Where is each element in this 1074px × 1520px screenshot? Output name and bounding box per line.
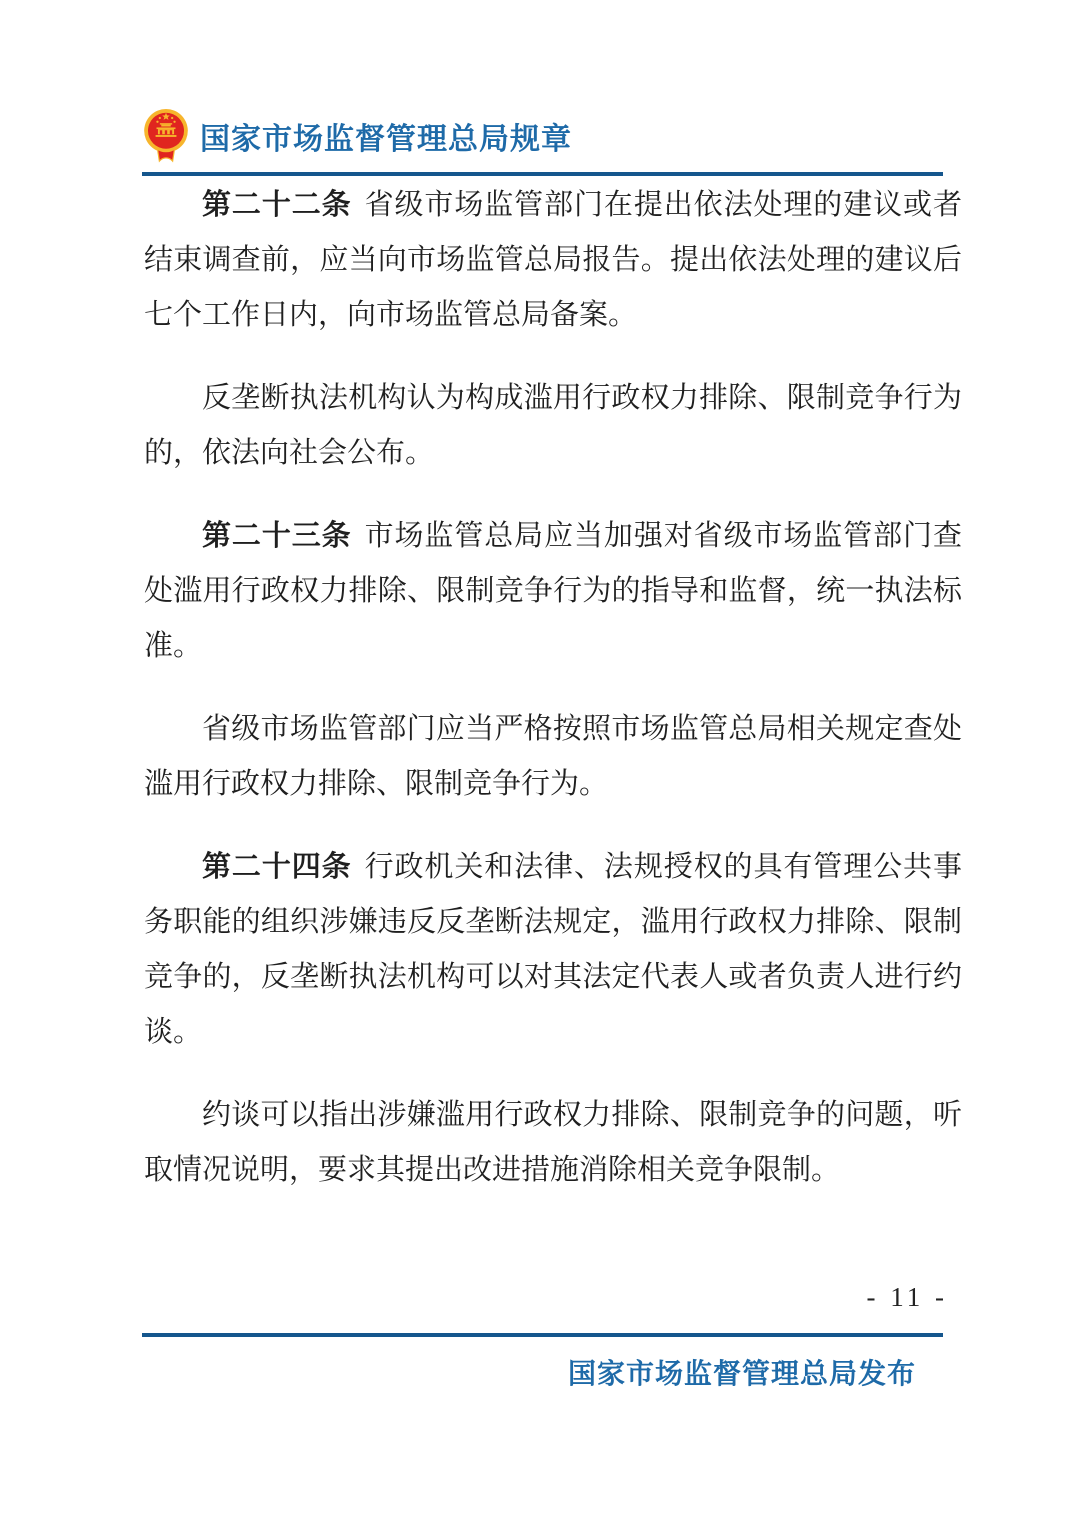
footer-rule	[142, 1333, 943, 1337]
page-header: 国家市场监督管理总局规章	[142, 108, 572, 163]
document-paragraph: 第二十四条行政机关和法律、法规授权的具有管理公共事务职能的组织涉嫌违反反垄断法规…	[144, 840, 962, 1060]
header-title: 国家市场监督管理总局规章	[200, 114, 572, 158]
document-body: 第二十二条省级市场监管部门在提出依法处理的建议或者结束调查前，应当向市场监管总局…	[144, 178, 962, 1226]
document-paragraph: 第二十三条市场监管总局应当加强对省级市场监管部门查处滥用行政权力排除、限制竞争行…	[144, 509, 962, 674]
page-number: - 11 -	[867, 1282, 948, 1313]
document-paragraph: 反垄断执法机构认为构成滥用行政权力排除、限制竞争行为的，依法向社会公布。	[144, 371, 962, 481]
paragraph-text: 省级市场监管部门应当严格按照市场监管总局相关规定查处滥用行政权力排除、限制竞争行…	[144, 713, 962, 800]
document-paragraph: 约谈可以指出涉嫌滥用行政权力排除、限制竞争的问题，听取情况说明，要求其提出改进措…	[144, 1088, 962, 1198]
article-number: 第二十三条	[202, 520, 352, 552]
document-page: 国家市场监督管理总局规章 第二十二条省级市场监管部门在提出依法处理的建议或者结束…	[0, 0, 1074, 1520]
paragraph-text: 反垄断执法机构认为构成滥用行政权力排除、限制竞争行为的，依法向社会公布。	[144, 382, 962, 469]
publisher-line: 国家市场监督管理总局发布	[568, 1352, 916, 1392]
article-number: 第二十二条	[202, 189, 352, 221]
header-rule	[142, 172, 943, 176]
national-emblem-icon	[142, 108, 190, 163]
document-paragraph: 第二十二条省级市场监管部门在提出依法处理的建议或者结束调查前，应当向市场监管总局…	[144, 178, 962, 343]
paragraph-text: 约谈可以指出涉嫌滥用行政权力排除、限制竞争的问题，听取情况说明，要求其提出改进措…	[144, 1099, 962, 1186]
document-paragraph: 省级市场监管部门应当严格按照市场监管总局相关规定查处滥用行政权力排除、限制竞争行…	[144, 702, 962, 812]
article-number: 第二十四条	[202, 851, 352, 883]
